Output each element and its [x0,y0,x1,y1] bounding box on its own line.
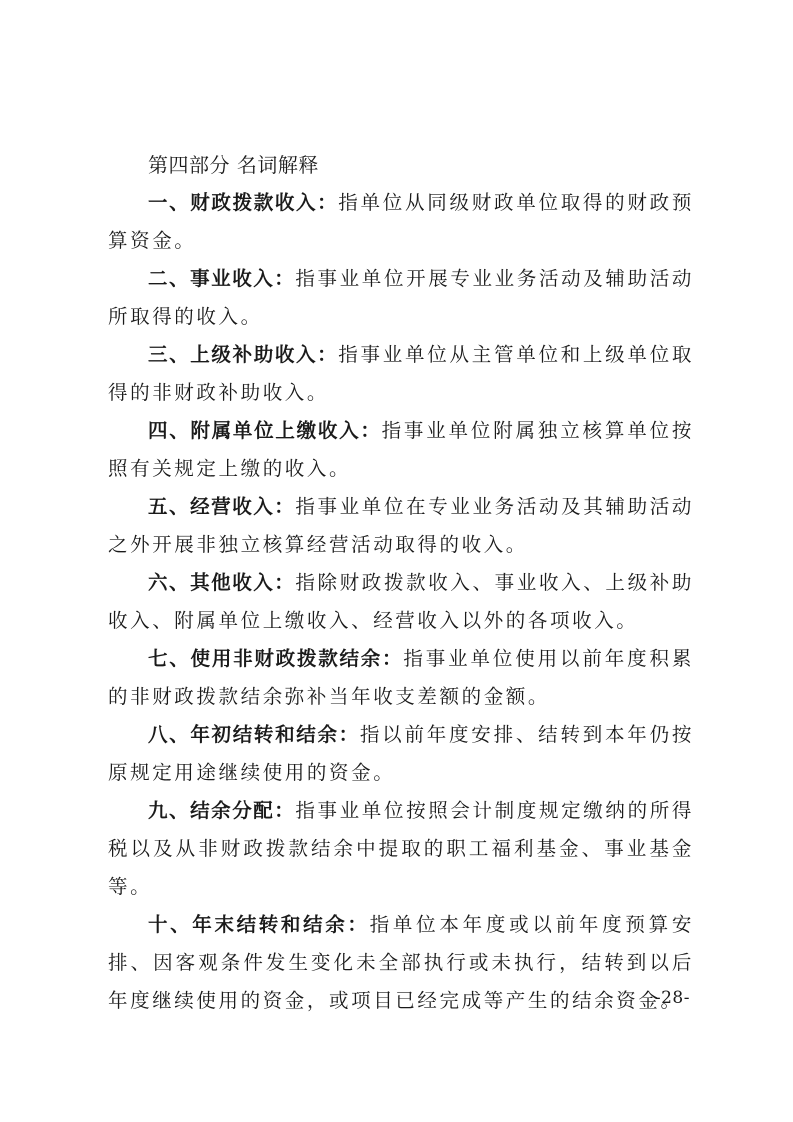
term-label: 二、事业收入： [148,267,295,290]
term-label: 五、经营收入： [148,495,295,518]
glossary-entry-1: 一、财政拨款收入：指单位从同级财政单位取得的财政预算资金。 [108,184,694,260]
glossary-entry-10: 十、年末结转和结余：指单位本年度或以前年度预算安排、因客观条件发生变化未全部执行… [108,906,694,1020]
page-number: -28- [655,988,690,1008]
section-heading: 第四部分 名词解释 [148,146,694,184]
glossary-entry-4: 四、附属单位上缴收入：指事业单位附属独立核算单位按照有关规定上缴的收入。 [108,412,694,488]
term-label: 七、使用非财政拨款结余： [148,647,403,670]
glossary-entry-8: 八、年初结转和结余：指以前年度安排、结转到本年仍按原规定用途继续使用的资金。 [108,716,694,792]
glossary-entry-5: 五、经营收入：指事业单位在专业业务活动及其辅助活动之外开展非独立核算经营活动取得… [108,488,694,564]
term-label: 一、财政拨款收入： [148,191,338,214]
term-label: 六、其他收入： [148,571,295,594]
glossary-entry-9: 九、结余分配：指事业单位按照会计制度规定缴纳的所得税以及从非财政拨款结余中提取的… [108,792,694,906]
glossary-entry-3: 三、上级补助收入：指事业单位从主管单位和上级单位取得的非财政补助收入。 [108,336,694,412]
glossary-entry-6: 六、其他收入：指除财政拨款收入、事业收入、上级补助收入、附属单位上缴收入、经营收… [108,564,694,640]
glossary-entry-2: 二、事业收入：指事业单位开展专业业务活动及辅助活动所取得的收入。 [108,260,694,336]
document-page: 第四部分 名词解释 一、财政拨款收入：指单位从同级财政单位取得的财政预算资金。 … [108,146,694,1020]
term-label: 十、年末结转和结余： [148,913,370,936]
term-label: 四、附属单位上缴收入： [148,419,382,442]
glossary-entry-7: 七、使用非财政拨款结余：指事业单位使用以前年度积累的非财政拨款结余弥补当年收支差… [108,640,694,716]
term-label: 九、结余分配： [148,799,295,822]
term-label: 三、上级补助收入： [148,343,338,366]
term-label: 八、年初结转和结余： [148,723,360,746]
